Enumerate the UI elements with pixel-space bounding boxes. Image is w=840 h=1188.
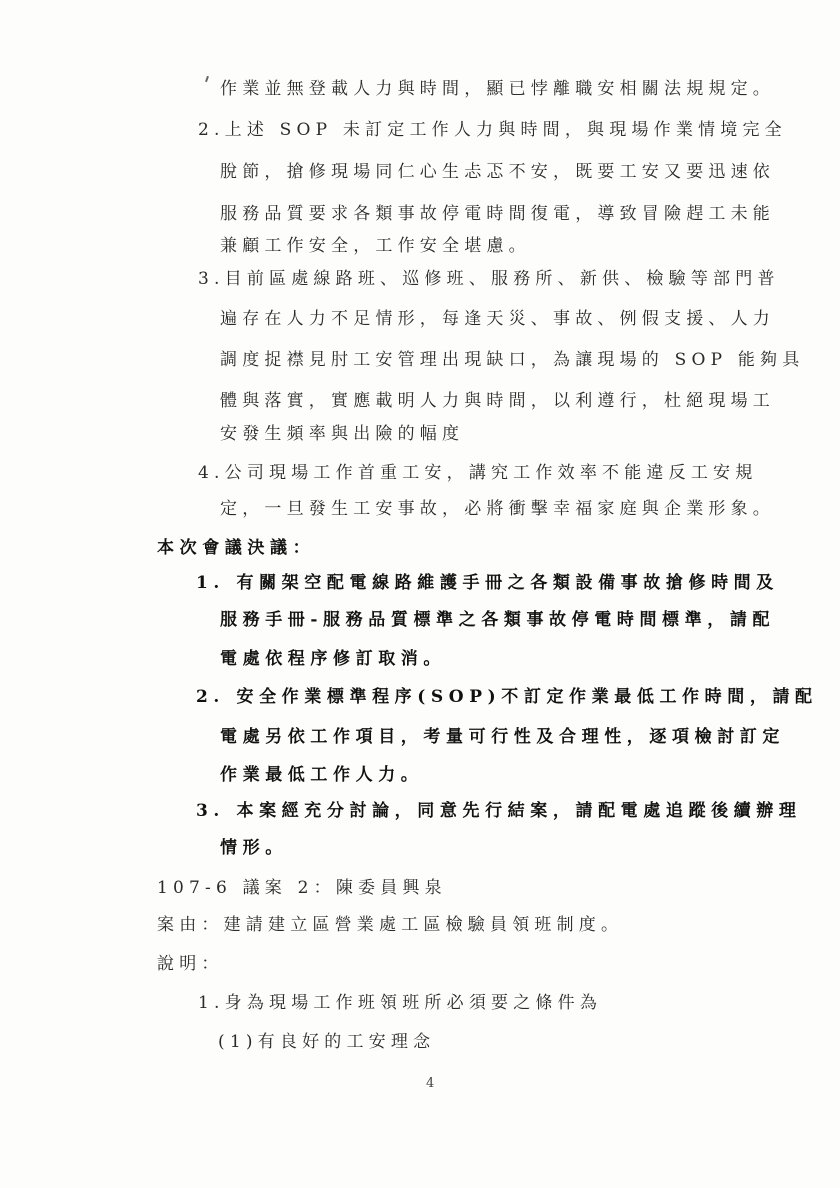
case-item-1: 1.身為現場工作班領班所必須要之條件為 bbox=[198, 992, 602, 1014]
resolution-item-2-line-2: 電處另依工作項目，考量可行性及合理性，逐項檢討訂定 bbox=[220, 726, 785, 748]
explanation-item-4-line-1: 4.公司現場工作首重工安，講究工作效率不能違反工安規 bbox=[198, 462, 757, 484]
explanation-item-2-line-3: 服務品質要求各類事故停電時間復電，導致冒險趕工未能 bbox=[220, 203, 775, 225]
resolution-item-3-line-1: 3. 本案經充分討論，同意先行結案，請配電處追蹤後續辦理 bbox=[196, 800, 801, 822]
explanation-label: 說明： bbox=[157, 953, 224, 975]
resolution-item-2-line-1: 2. 安全作業標準程序(SOP)不訂定作業最低工作時間，請配 bbox=[196, 686, 818, 708]
resolution-item-3-line-2: 情形。 bbox=[220, 837, 288, 859]
explanation-item-4-line-2: 定，一旦發生工安事故，必將衝擊幸福家庭與企業形象。 bbox=[220, 498, 775, 520]
resolution-item-1-line-1: 1. 有關架空配電線路維護手冊之各類設備事故搶修時間及 bbox=[196, 572, 779, 594]
resolution-item-1-line-2: 服務手冊-服務品質標準之各類事故停電時間標準，請配 bbox=[220, 609, 775, 631]
scan-speck bbox=[205, 76, 209, 82]
case-subitem-1: (1)有良好的工安理念 bbox=[218, 1031, 435, 1053]
explanation-item-3-line-3: 調度捉襟見肘工安管理出現缺口，為讓現場的 SOP 能夠具 bbox=[220, 349, 804, 371]
explanation-item-3-line-5: 安發生頻率與出險的幅度 bbox=[220, 423, 464, 445]
resolution-item-2-line-3: 作業最低工作人力。 bbox=[220, 764, 423, 786]
case-title: 107-6 議案 2：陳委員興泉 bbox=[157, 877, 447, 899]
explanation-item-2-line-1: 2.上述 SOP 未訂定工作人力與時間，與現場作業情境完全 bbox=[198, 119, 787, 141]
resolution-item-1-line-3: 電處依程序修訂取消。 bbox=[220, 648, 446, 670]
explanation-item-3-line-1: 3.目前區處線路班、巡修班、服務所、新供、檢驗等部門普 bbox=[198, 268, 780, 290]
explanation-item-2-line-4: 兼顧工作安全，工作安全堪慮。 bbox=[220, 235, 531, 257]
case-reason: 案由：建請建立區營業處工區檢驗員領班制度。 bbox=[157, 914, 623, 936]
explanation-item-3-line-2: 遍存在人力不足情形，每逢天災、事故、例假支援、人力 bbox=[220, 308, 775, 330]
page-number: 4 bbox=[426, 1076, 434, 1091]
explanation-item-3-line-4: 體與落實，實應載明人力與時間，以利遵行，杜絕現場工 bbox=[220, 390, 775, 412]
resolution-heading: 本次會議決議： bbox=[157, 537, 315, 559]
continued-line: 作業並無登載人力與時間，顯已悖離職安相關法規規定。 bbox=[220, 78, 775, 100]
explanation-item-2-line-2: 脫節，搶修現場同仁心生忐忑不安，既要工安又要迅速依 bbox=[220, 161, 775, 183]
